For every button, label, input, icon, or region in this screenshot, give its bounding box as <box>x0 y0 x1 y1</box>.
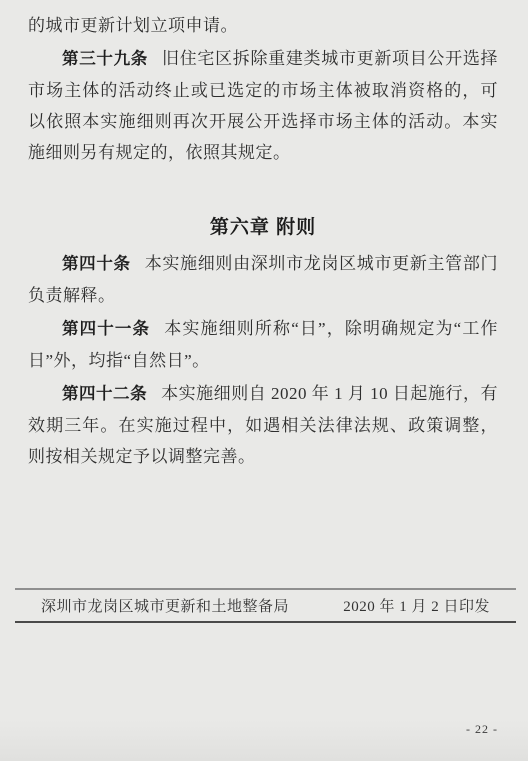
paragraph-article-39: 第三十九条旧住宅区拆除重建类城市更新项目公开选择市场主体的活动终止或已选定的市场… <box>28 43 498 168</box>
paragraph-continuation: 的城市更新计划立项申请。 <box>28 10 498 41</box>
article-42-number: 第四十二条 <box>62 385 147 403</box>
article-41-number: 第四十一条 <box>62 320 150 338</box>
article-39-number: 第三十九条 <box>62 50 148 68</box>
article-40-number: 第四十条 <box>62 255 131 273</box>
issuing-agency: 深圳市龙岗区城市更新和土地整备局 <box>41 595 289 616</box>
page-number: - 22 - <box>466 722 498 737</box>
paragraph-article-41: 第四十一条本实施细则所称“日”，除明确规定为“工作日”外，均指“自然日”。 <box>28 313 498 376</box>
chapter-heading: 第六章 附则 <box>28 212 498 243</box>
document-page: 的城市更新计划立项申请。 第三十九条旧住宅区拆除重建类城市更新项目公开选择市场主… <box>0 0 528 761</box>
document-body: 的城市更新计划立项申请。 第三十九条旧住宅区拆除重建类城市更新项目公开选择市场主… <box>0 0 528 472</box>
colophon: 深圳市龙岗区城市更新和土地整备局 2020 年 1 月 2 日印发 <box>15 588 516 623</box>
paragraph-article-42: 第四十二条本实施细则自 2020 年 1 月 10 日起施行，有效期三年。在实施… <box>28 378 498 472</box>
paragraph-article-40: 第四十条本实施细则由深圳市龙岗区城市更新主管部门负责解释。 <box>28 248 498 311</box>
print-date: 2020 年 1 月 2 日印发 <box>343 595 490 616</box>
